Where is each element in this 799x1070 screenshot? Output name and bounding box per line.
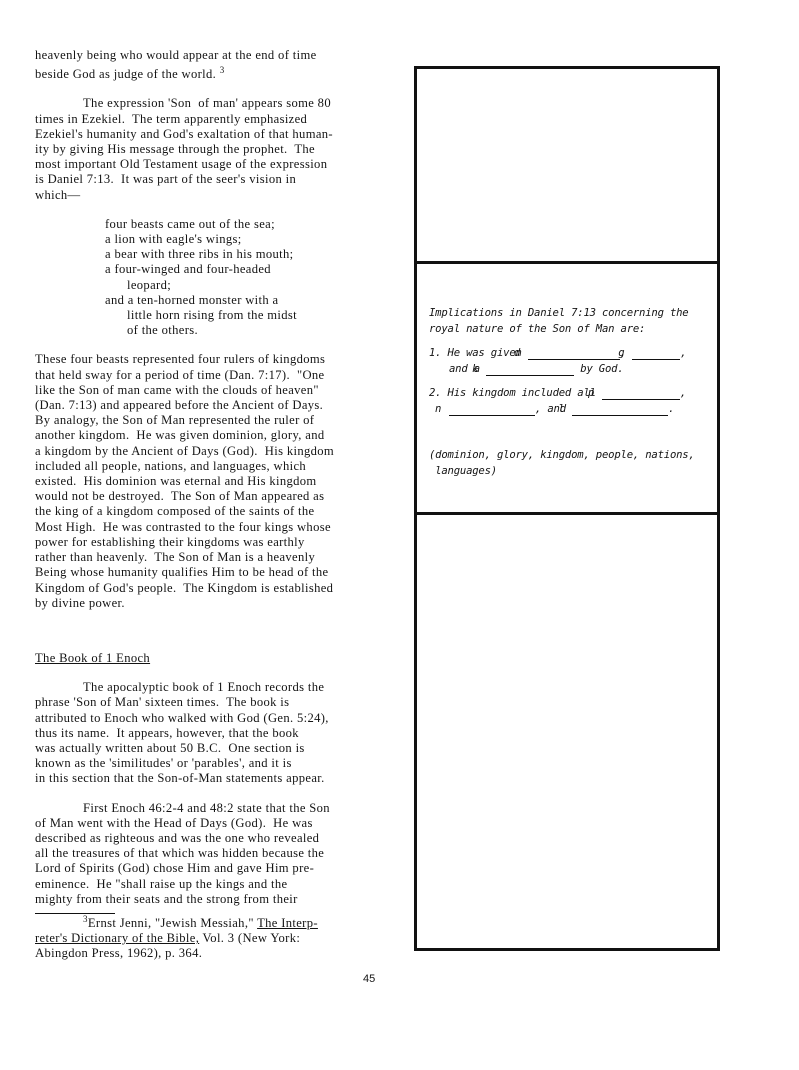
text-line: Lord of Spirits (God) chose Him and gave… bbox=[35, 861, 415, 876]
vision-list-line: little horn rising from the midst bbox=[105, 308, 415, 323]
vision-list-line: a bear with three ribs in his mouth; bbox=[105, 247, 415, 262]
box-divider bbox=[417, 512, 717, 515]
exercise-prompt: Implications in Daniel 7:13 concerning t… bbox=[429, 305, 714, 337]
text-line: which— bbox=[35, 188, 415, 203]
text-line: thus its name. It appears, however, that… bbox=[35, 726, 415, 741]
text-line: Most High. He was contrasted to the four… bbox=[35, 520, 415, 535]
prompt-line: Implications in Daniel 7:13 concerning t… bbox=[429, 305, 714, 321]
footnote: 3Ernst Jenni, "Jewish Messiah," The Inte… bbox=[35, 912, 415, 962]
text-line: all the treasures of that which was hidd… bbox=[35, 846, 415, 861]
item-number: 1. bbox=[429, 347, 441, 359]
text-line: is Daniel 7:13. It was part of the seer'… bbox=[35, 172, 415, 187]
section-heading: The Book of 1 Enoch bbox=[35, 651, 415, 666]
text-line: attributed to Enoch who walked with God … bbox=[35, 711, 415, 726]
footnote-line: 3Ernst Jenni, "Jewish Messiah," The Inte… bbox=[35, 912, 415, 931]
item-text: His kingdom included all bbox=[448, 387, 596, 399]
exercise-item-1: 1. He was given d, g, and a k by God. bbox=[429, 345, 714, 377]
footnote-line: Abingdon Press, 1962), p. 364. bbox=[35, 946, 415, 961]
text-line: known as the 'similitudes' or 'parables'… bbox=[35, 756, 415, 771]
text-line: Being whose humanity qualifies Him to be… bbox=[35, 565, 415, 580]
item-text: . bbox=[668, 403, 674, 415]
text-line: by divine power. bbox=[35, 596, 415, 611]
section-heading-text: The Book of 1 Enoch bbox=[35, 651, 150, 665]
intro-paragraph: heavenly being who would appear at the e… bbox=[35, 48, 415, 82]
item-line: 1. He was given d, g, bbox=[443, 345, 714, 361]
item-text: by God. bbox=[580, 363, 623, 375]
text-line: a kingdom by the Ancient of Days (God). … bbox=[35, 444, 415, 459]
blank-kingdom[interactable]: k bbox=[486, 363, 574, 376]
blank-dominion[interactable]: d bbox=[528, 347, 620, 360]
footnote-book-title: The Interp- bbox=[257, 916, 318, 930]
text-line: mighty from their seats and the strong f… bbox=[35, 892, 415, 907]
footnote-author: Ernst Jenni, "Jewish Messiah," bbox=[88, 916, 257, 930]
vision-list-line: a four-winged and four-headed bbox=[105, 262, 415, 277]
paragraph-ezekiel: The expression 'Son of man' appears some… bbox=[35, 96, 415, 202]
blank-glory[interactable]: g bbox=[632, 347, 680, 360]
exercise-item-2: 2. His kingdom included all p, n, and l. bbox=[429, 385, 714, 417]
daniel-vision-list: four beasts came out of the sea;a lion w… bbox=[35, 217, 415, 339]
text-line: like the Son of man came with the clouds… bbox=[35, 383, 415, 398]
main-text-column: heavenly being who would appear at the e… bbox=[35, 48, 415, 907]
answer-key-line: languages) bbox=[429, 463, 714, 479]
item-line: and a k by God. bbox=[443, 361, 714, 377]
blank-nations[interactable]: n bbox=[449, 403, 535, 416]
paragraph-first-enoch: First Enoch 46:2-4 and 48:2 state that t… bbox=[35, 801, 415, 907]
text-line: the king of a kingdom composed of the sa… bbox=[35, 504, 415, 519]
text-line: of Man went with the Head of Days (God).… bbox=[35, 816, 415, 831]
text-line: eminence. He "shall raise up the kings a… bbox=[35, 877, 415, 892]
text-line: rather than heavenly. The Son of Man is … bbox=[35, 550, 415, 565]
blank-languages[interactable]: l bbox=[572, 403, 668, 416]
answer-key: (dominion, glory, kingdom, people, natio… bbox=[429, 447, 714, 479]
answer-key-line: (dominion, glory, kingdom, people, natio… bbox=[429, 447, 714, 463]
paragraph-enoch: The apocalyptic book of 1 Enoch records … bbox=[35, 680, 415, 786]
text-line: heavenly being who would appear at the e… bbox=[35, 48, 415, 63]
text-line: phrase 'Son of Man' sixteen times. The b… bbox=[35, 695, 415, 710]
text-line: in this section that the Son-of-Man stat… bbox=[35, 771, 415, 786]
text-line: was actually written about 50 B.C. One s… bbox=[35, 741, 415, 756]
text-line: ity by giving His message through the pr… bbox=[35, 142, 415, 157]
footnote-ref: 3 bbox=[220, 65, 225, 75]
item-number: 2. bbox=[429, 387, 441, 399]
text-line: By analogy, the Son of Man represented t… bbox=[35, 413, 415, 428]
text-line: most important Old Testament usage of th… bbox=[35, 157, 415, 172]
text-line: times in Ezekiel. The term apparently em… bbox=[35, 112, 415, 127]
text-line: The expression 'Son of man' appears some… bbox=[35, 96, 415, 111]
footnote-line: reter's Dictionary of the Bible, Vol. 3 … bbox=[35, 931, 415, 946]
blank-people[interactable]: p bbox=[602, 387, 680, 400]
text-line: described as righteous and was the one w… bbox=[35, 831, 415, 846]
text-line: power for establishing their kingdoms wa… bbox=[35, 535, 415, 550]
text-line: existed. His dominion was eternal and Hi… bbox=[35, 474, 415, 489]
text-line: Kingdom of God's people. The Kingdom is … bbox=[35, 581, 415, 596]
item-line: n, and l. bbox=[443, 401, 714, 417]
item-text: He was given bbox=[448, 347, 522, 359]
page-number: 45 bbox=[363, 973, 375, 985]
text-line: another kingdom. He was given dominion, … bbox=[35, 428, 415, 443]
prompt-line: royal nature of the Son of Man are: bbox=[429, 321, 714, 337]
vision-list-line: a lion with eagle's wings; bbox=[105, 232, 415, 247]
paragraph-four-beasts: These four beasts represented four ruler… bbox=[35, 352, 415, 610]
text-line: would not be destroyed. The Son of Man a… bbox=[35, 489, 415, 504]
text-line: beside God as judge of the world. 3 bbox=[35, 63, 415, 82]
text-line: Ezekiel's humanity and God's exaltation … bbox=[35, 127, 415, 142]
text-line: included all people, nations, and langua… bbox=[35, 459, 415, 474]
footnote-text: Vol. 3 (New York: bbox=[199, 931, 300, 945]
text-line: These four beasts represented four ruler… bbox=[35, 352, 415, 367]
text-fragment: beside God as judge of the world. bbox=[35, 67, 216, 81]
vision-list-line: and a ten-horned monster with a bbox=[105, 293, 415, 308]
fill-in-exercise: Implications in Daniel 7:13 concerning t… bbox=[429, 305, 714, 479]
vision-list-line: four beasts came out of the sea; bbox=[105, 217, 415, 232]
study-sidebar-box: Implications in Daniel 7:13 concerning t… bbox=[414, 66, 720, 951]
vision-list-line: of the others. bbox=[105, 323, 415, 338]
vision-list-line: leopard; bbox=[105, 278, 415, 293]
text-line: (Dan. 7:13) and appeared before the Anci… bbox=[35, 398, 415, 413]
text-line: The apocalyptic book of 1 Enoch records … bbox=[35, 680, 415, 695]
text-line: First Enoch 46:2-4 and 48:2 state that t… bbox=[35, 801, 415, 816]
footnote-book-title: reter's Dictionary of the Bible, bbox=[35, 931, 199, 945]
item-line: 2. His kingdom included all p, bbox=[443, 385, 714, 401]
document-page: heavenly being who would appear at the e… bbox=[0, 0, 799, 1070]
box-divider bbox=[417, 261, 717, 264]
text-line: that held sway for a period of time (Dan… bbox=[35, 368, 415, 383]
